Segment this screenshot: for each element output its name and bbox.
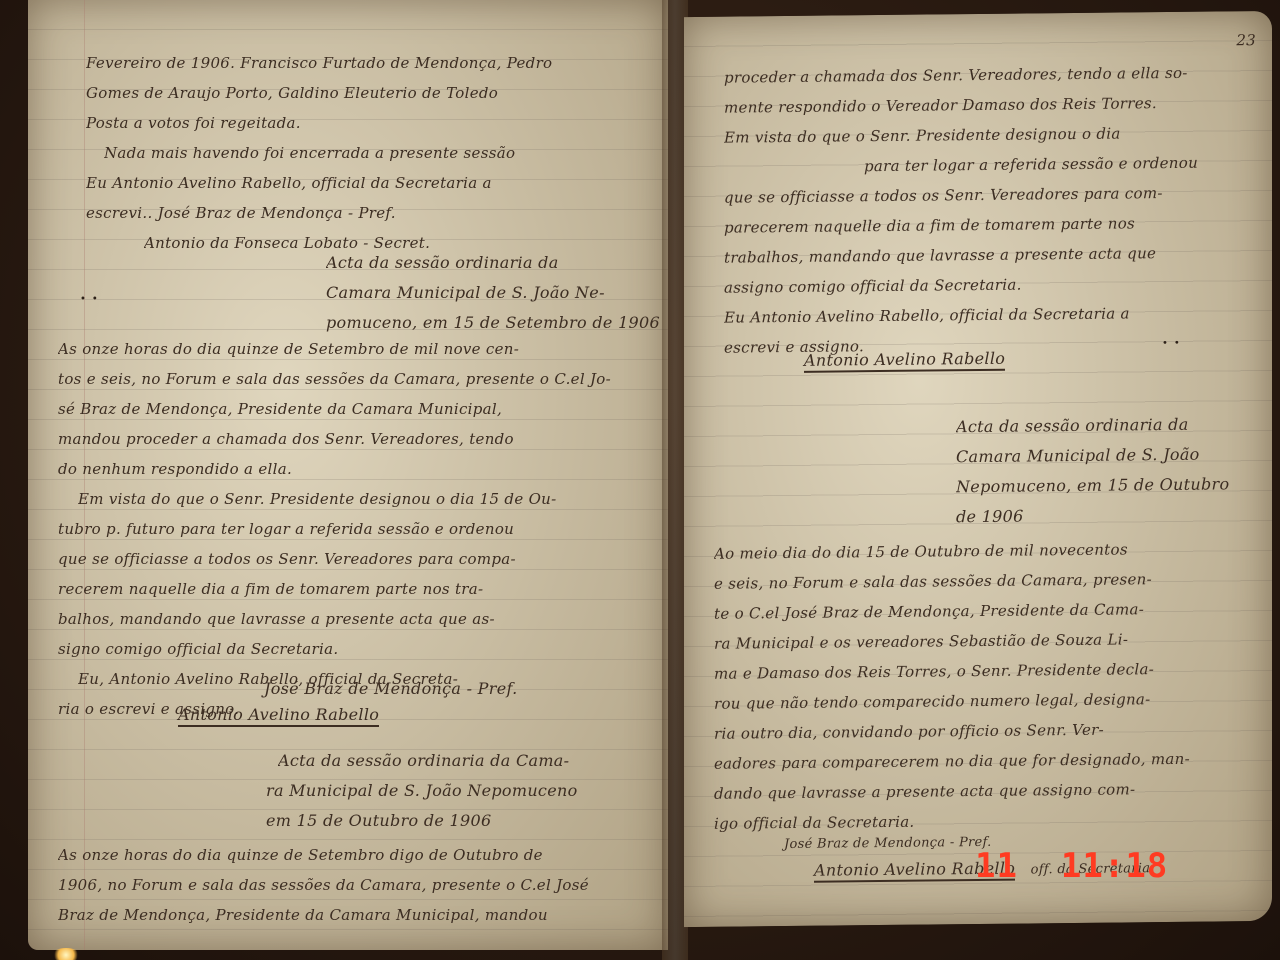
text-line: mandou proceder a chamada dos Senr. Vere…	[58, 424, 611, 454]
text-line: Eu Antonio Avelino Rabello, official da …	[86, 168, 552, 198]
text-line: As onze horas do dia quinze de Setembro …	[58, 840, 589, 870]
heading-line: em 15 de Outubro de 1906	[266, 806, 578, 836]
text-line: e seis, no Forum e sala das sessões da C…	[714, 564, 1190, 599]
heading-line: Camara Municipal de S. João Ne-	[326, 278, 660, 308]
text-line: eadores para comparecerem no dia que for…	[714, 744, 1190, 779]
text-line: Em vista do que o Senr. Presidente desig…	[78, 484, 611, 514]
ink-dots: ••	[80, 294, 104, 305]
text-line: do nenhum respondido a ella.	[58, 454, 611, 484]
right-page: 23 proceder a chamada dos Senr. Vereador…	[684, 11, 1272, 927]
text-line: Posta a votos foi regeitada.	[86, 108, 552, 138]
entry2-heading: Acta da sessão ordinaria da Cama- ra Mun…	[278, 746, 578, 836]
heading-line: Nepomuceno, em 15 de Outubro	[956, 469, 1229, 502]
heading-line: de 1906	[956, 499, 1229, 532]
text-line: Eu Antonio Avelino Rabello, official da …	[724, 298, 1198, 333]
text-line: trabalhos, mandando que lavrasse a prese…	[724, 238, 1198, 273]
text-line: que se officiasse a todos os Senr. Verea…	[58, 544, 611, 574]
entry1-signature-secretary: Antonio Avelino Rabello	[178, 700, 379, 730]
right-signature-secretary: Antonio Avelino Rabello	[804, 344, 1005, 376]
light-glare	[52, 948, 80, 960]
text-line: Nada mais havendo foi encerrada a presen…	[104, 138, 552, 168]
text-line: ra Municipal e os vereadores Sebastião d…	[714, 624, 1190, 659]
heading-line: Acta da sessão ordinaria da	[956, 409, 1229, 442]
heading-line: Acta da sessão ordinaria da Cama-	[278, 746, 578, 776]
heading-line: ra Municipal de S. João Nepomuceno	[266, 776, 578, 806]
text-line: tubro p. futuro para ter logar a referid…	[58, 514, 611, 544]
page-number: 23	[1236, 25, 1256, 55]
entry3-heading: Acta da sessão ordinaria da Camara Munic…	[956, 409, 1229, 532]
signature-text: Antonio Avelino Rabello	[804, 349, 1005, 373]
text-line: ma e Damaso dos Reis Torres, o Senr. Pre…	[714, 654, 1190, 689]
text-line: Fevereiro de 1906. Francisco Furtado de …	[86, 48, 552, 78]
text-line: tos e seis, no Forum e sala das sessões …	[58, 364, 611, 394]
text-line: parecerem naquelle dia a fim de tomarem …	[724, 208, 1198, 243]
entry2-body: As onze horas do dia quinze de Setembro …	[58, 840, 589, 930]
text-line: As onze horas do dia quinze de Setembro …	[58, 334, 611, 364]
text-line: proceder a chamada dos Senr. Vereadores,…	[724, 58, 1198, 93]
text-line: te o C.el José Braz de Mendonça, Preside…	[714, 594, 1190, 629]
text-line: Gomes de Araujo Porto, Galdino Eleuterio…	[86, 78, 552, 108]
text-line: 1906, no Forum e sala das sessões da Cam…	[58, 870, 589, 900]
left-top-block: Fevereiro de 1906. Francisco Furtado de …	[204, 48, 552, 258]
text-line: Em vista do que o Senr. Presidente desig…	[724, 118, 1198, 153]
text-line: rou que não tendo comparecido numero leg…	[714, 684, 1190, 719]
text-line: ria outro dia, convidando por officio os…	[714, 714, 1190, 749]
text-line: escrevi.. José Braz de Mendonça - Pref.	[86, 198, 552, 228]
text-line: signo comigo official da Secretaria.	[58, 634, 611, 664]
text-line: para ter logar a referida sessão e orden…	[864, 148, 1198, 181]
right-top-block: proceder a chamada dos Senr. Vereadores,…	[724, 58, 1198, 363]
text-line: Braz de Mendonça, Presidente da Camara M…	[58, 900, 589, 930]
timestamp-time: 11:18	[1061, 846, 1168, 886]
text-line: Ao meio dia do dia 15 de Outubro de mil …	[714, 534, 1190, 569]
text-line: mente respondido o Vereador Damaso dos R…	[724, 88, 1198, 123]
ink-dots: ••	[1162, 338, 1186, 349]
entry1-body: As onze horas do dia quinze de Setembro …	[58, 334, 611, 724]
left-page: Fevereiro de 1906. Francisco Furtado de …	[28, 0, 668, 950]
text-line: que se officiasse a todos os Senr. Verea…	[724, 178, 1198, 213]
text-line: recerem naquelle dia a fim de tomarem pa…	[58, 574, 611, 604]
text-line: balhos, mandando que lavrasse a presente…	[58, 604, 611, 634]
camera-timestamp: 11 11:18	[975, 846, 1168, 886]
text-line: sé Braz de Mendonça, Presidente da Camar…	[58, 394, 611, 424]
text-line: dando que lavrasse a presente acta que a…	[714, 774, 1190, 809]
signature-text: Antonio Avelino Rabello	[178, 705, 379, 727]
text-line: assigno comigo official da Secretaria.	[724, 268, 1198, 303]
timestamp-day: 11	[975, 846, 1018, 886]
entry1-heading: Acta da sessão ordinaria da Camara Munic…	[326, 248, 660, 338]
heading-line: Acta da sessão ordinaria da	[326, 248, 660, 278]
entry3-body: Ao meio dia do dia 15 de Outubro de mil …	[714, 534, 1190, 839]
heading-line: Camara Municipal de S. João	[956, 439, 1229, 472]
